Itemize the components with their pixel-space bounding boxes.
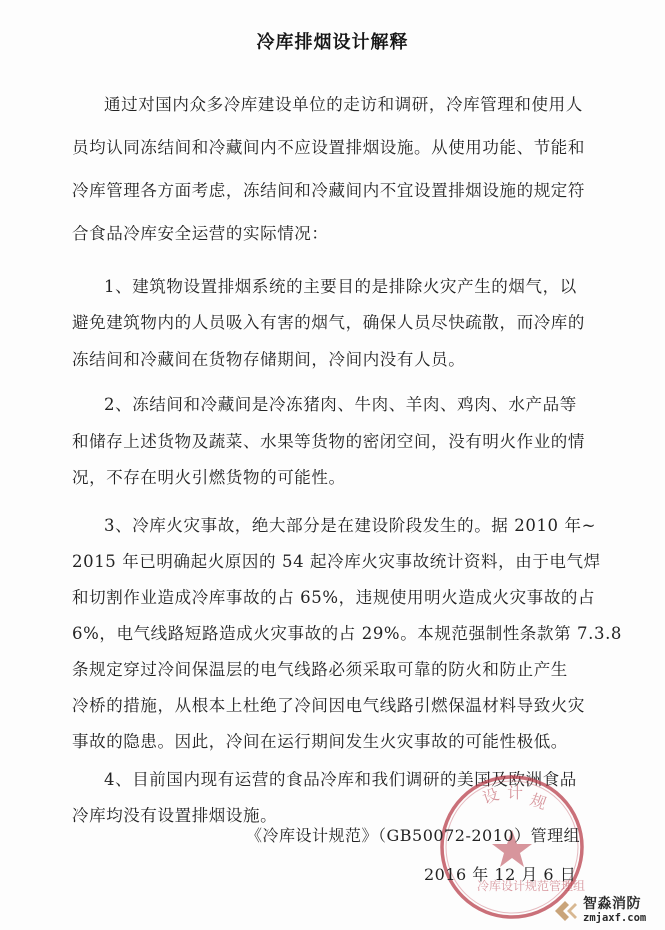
document-page: 冷库排烟设计解释 通过对国内众多冷库建设单位的走访和调研，冷库管理和使用人 员均… [0,0,665,930]
point-3-line: 事故的隐患。因此，冷间在运行期间发生火灾事故的可能性极低。 [72,732,582,752]
document-title: 冷库排烟设计解释 [0,28,665,54]
point-3-line: 条规定穿过冷间保温层的电气线路必须采取可靠的防火和防止产生 [72,660,582,680]
brand-logo-icon [553,897,579,923]
point-2-line: 和储存上述货物及蔬菜、水果等货物的密闭空间，没有明火作业的情 [72,432,582,452]
intro-line: 员均认同冻结间和冷藏间内不应设置排烟设施。从使用功能、节能和 [72,138,582,158]
point-4-line: 4、目前国内现有运营的食品冷库和我们调研的美国及欧洲食品 [104,770,582,790]
intro-line: 合食品冷库安全运营的实际情况： [72,224,582,244]
point-1-line: 避免建筑物内的人员吸入有害的烟气，确保人员尽快疏散，而冷库的 [72,313,582,333]
site-watermark: 智淼消防 zmjaxf.com [553,893,663,929]
point-2-line: 2、冻结间和冷藏间是冷冻猪肉、牛肉、羊肉、鸡肉、水产品等 [104,395,582,415]
watermark-name: 智淼消防 [583,893,641,913]
point-1-line: 1、建筑物设置排烟系统的主要目的是排除火灾产生的烟气，以 [104,277,582,297]
point-3-line: 2015 年已明确起火原因的 54 起冷库火灾事故统计资料，由于电气焊 [72,552,582,572]
watermark-url: zmjaxf.com [583,912,646,924]
point-1-line: 冻结间和冷藏间在货物存储期间，冷间内没有人员。 [72,350,582,370]
signature-date: 2016 年 12 月 6 日 [424,862,576,885]
point-3-line: 和切割作业造成冷库事故的占 65%，违规使用明火造成火灾事故的占 [72,588,582,608]
point-3-line: 3、冷库火灾事故，绝大部分是在建设阶段发生的。据 2010 年~ [104,516,582,536]
point-2-line: 况，不存在明火引燃货物的可能性。 [72,468,582,488]
point-3-line: 6%，电气线路短路造成火灾事故的占 29%。本规范强制性条款第 7.3.8 [72,624,582,644]
point-3-line: 冷桥的措施，从根本上杜绝了冷间因电气线路引燃保温材料导致火灾 [72,696,582,716]
intro-line: 通过对国内众多冷库建设单位的走访和调研，冷库管理和使用人 [104,95,582,115]
signature-organization: 《冷库设计规范》（GB50072-2010）管理组 [246,823,580,846]
intro-line: 冷库管理各方面考虑，冻结间和冷藏间内不宜设置排烟设施的规定符 [72,181,582,201]
